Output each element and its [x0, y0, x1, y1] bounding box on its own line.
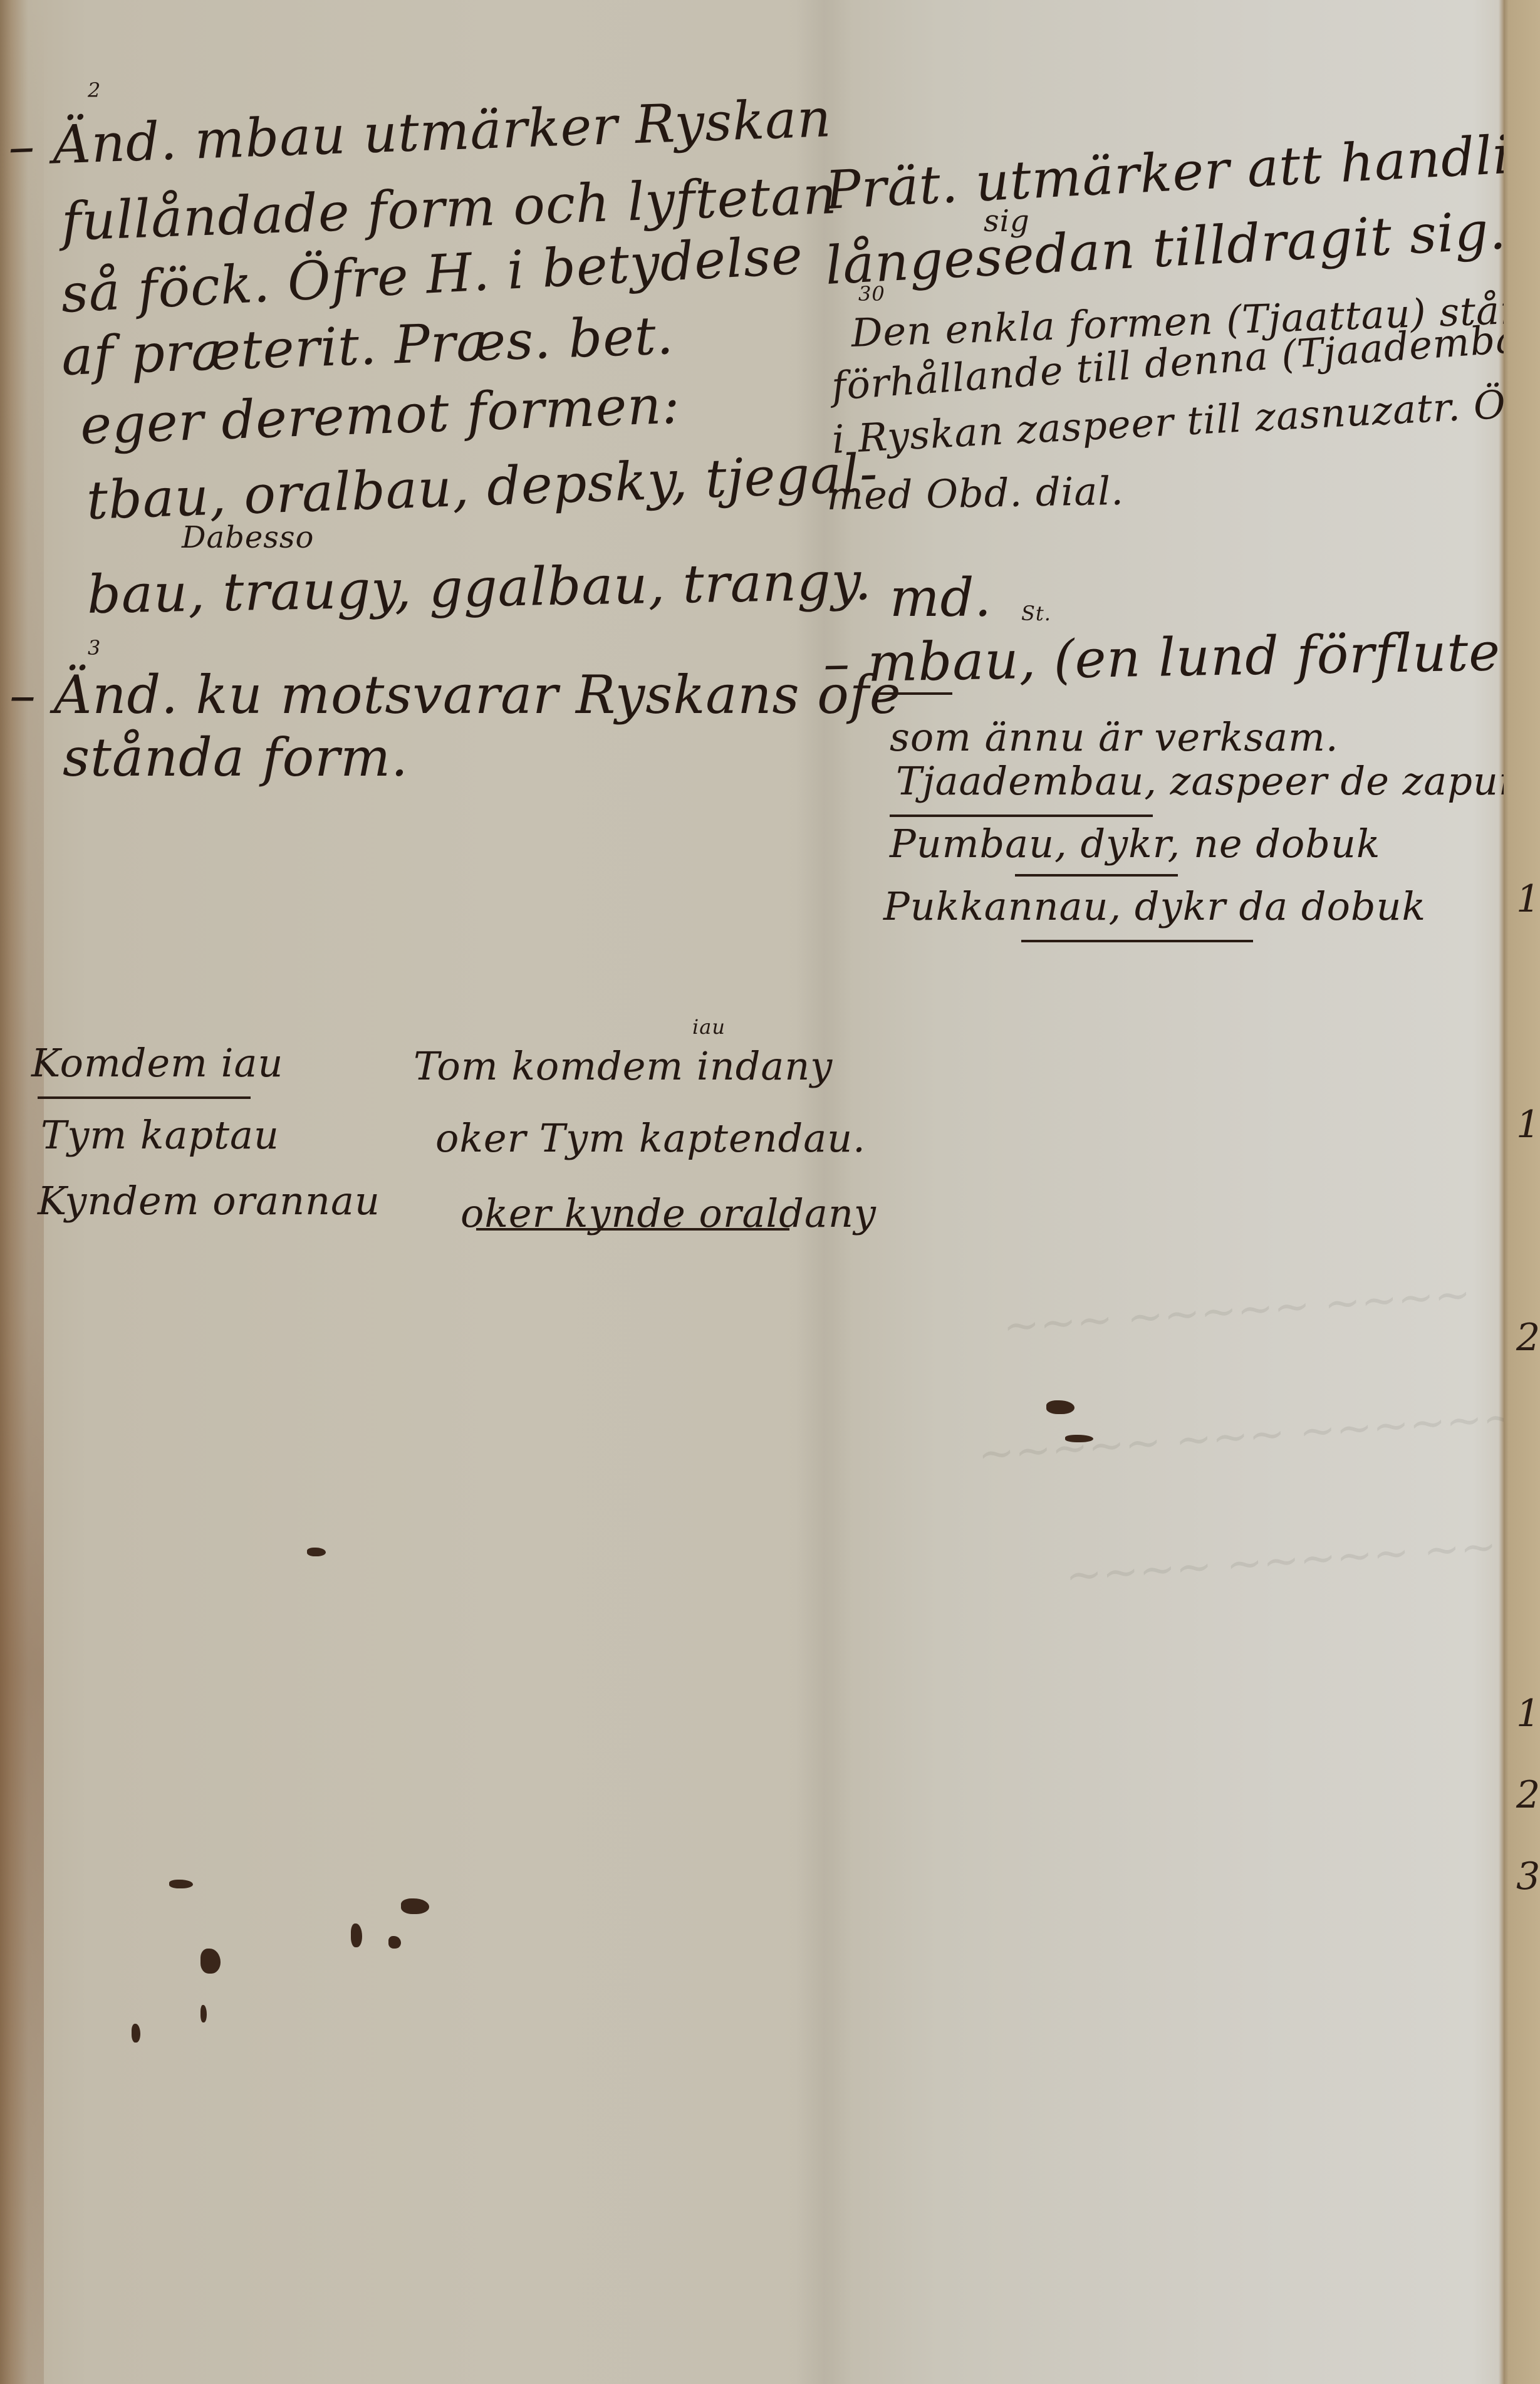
insertion-text: iau [692, 1015, 726, 1039]
underline-stroke [877, 692, 952, 695]
bleed-through-text: ~~~~ ~~~~~ ~~ [1064, 1520, 1499, 1601]
underline-stroke [1015, 874, 1178, 877]
underline-stroke [38, 1096, 251, 1099]
note-marker: 2 [88, 78, 101, 102]
ink-stain [388, 1936, 401, 1949]
underline-stroke [1021, 940, 1253, 942]
right-note2-line2: som ännu är verksam. [890, 714, 1339, 760]
example-left-2: Tym kaptau [41, 1112, 279, 1158]
margin-number: 2 [1516, 1773, 1540, 1817]
left-note1-line1: – Änd. mbau utmärker Ryskan [8, 87, 833, 177]
manuscript-page: ~~~ ~~~~~ ~~~~ ~~~~~ ~~~ ~~~~~~ ~~~~ ~~~… [0, 0, 1504, 2384]
right-note2-heading: md. [890, 567, 992, 628]
ink-stain [200, 1949, 221, 1974]
right-note1-line6: med Obd. dial. [826, 468, 1125, 519]
example-right-1: Tom komdem indany [414, 1043, 833, 1089]
adjacent-page-edge [1504, 0, 1540, 2384]
ink-stain [307, 1548, 326, 1556]
left-note1-line6: tbau, oralbau, depsky, tjegal- [86, 442, 879, 531]
example-right-2: oker Tym kaptendau. [435, 1115, 866, 1161]
ink-stain [351, 1923, 362, 1947]
underline-stroke [476, 1228, 789, 1231]
right-note2-line5: Pukkannau, dykr da dobuk [883, 883, 1426, 929]
left-note1-line7: bau, traugy, ggalbau, trangy. [86, 550, 872, 625]
ink-stain [1046, 1400, 1074, 1414]
example-left-1: Komdem iau [31, 1040, 283, 1086]
bleed-through-text: ~~~ ~~~~~ ~~~~ [1001, 1268, 1472, 1352]
ink-stain [200, 2005, 207, 2022]
insertion-text: Dabesso [182, 520, 314, 555]
left-note2-line2: ståndа form. [63, 727, 408, 788]
example-left-3: Kyndem orannau [38, 1178, 380, 1224]
ink-stain [132, 2024, 140, 2043]
note-marker: 3 [88, 636, 101, 660]
ink-stain [1065, 1435, 1093, 1442]
left-note2-line1: – Änd. ku motsvarar Ryskans ofe [9, 664, 902, 726]
note-marker: 30 [858, 282, 885, 306]
ink-stain [169, 1880, 193, 1888]
margin-number: 1 [1516, 877, 1540, 921]
ink-stain [401, 1898, 429, 1914]
margin-number: 1 [1516, 1692, 1540, 1736]
text-line: – Änd. mbau utmärker Ryskan [8, 87, 833, 177]
underline-stroke [890, 815, 1153, 817]
insertion-text: St. [1021, 601, 1051, 625]
right-note2-line3: Tjaadembau, zaspeer de zapunit. [896, 758, 1540, 804]
margin-number: 1. [1516, 1103, 1540, 1147]
margin-number: 3 [1516, 1855, 1540, 1898]
margin-number: 2 [1516, 1316, 1540, 1360]
right-note2-line4: Pumbau, dykr, ne dobuk [890, 821, 1381, 867]
left-note1-line5: eger deremot formen: [80, 374, 682, 456]
